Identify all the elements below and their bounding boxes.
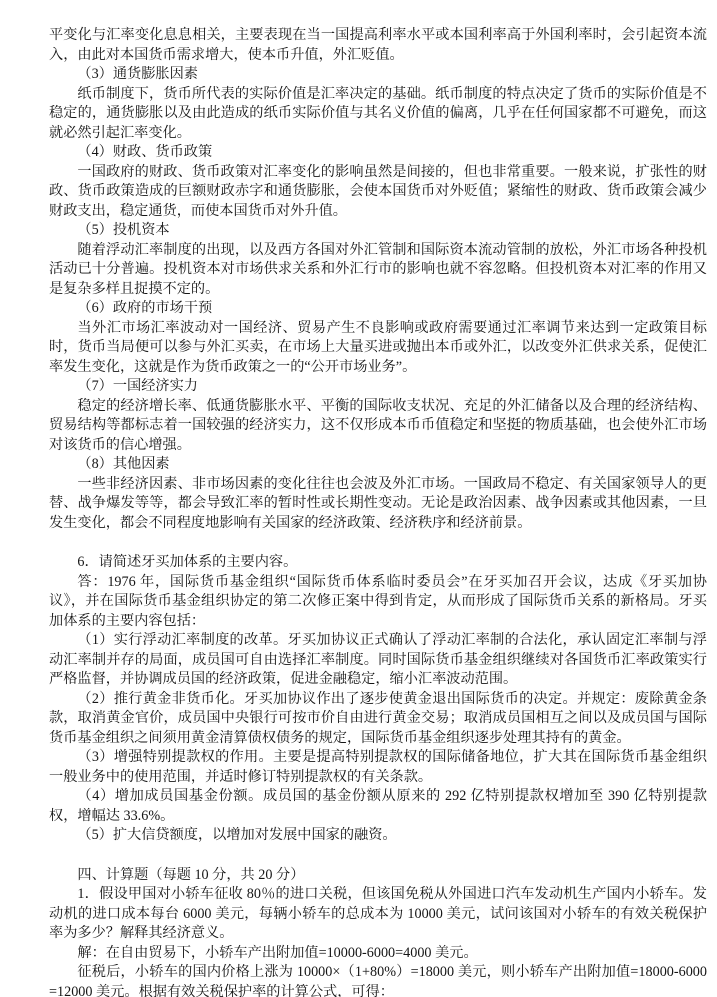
calc-problem-1-solution-line-2: 征税后，小轿车的国内价格上涨为 10000×（1+80%）=18000 美元，则…	[49, 963, 707, 997]
section-gap	[49, 533, 707, 553]
para-factor-3-inflation: 纸币制度下，货币所代表的实际价值是汇率决定的基础。纸币制度的特点决定了货币的实际…	[49, 85, 707, 144]
question-6-jamaica-system: 6．请简述牙买加体系的主要内容。	[49, 553, 707, 573]
heading-factor-7-economic-strength: （7）一国经济实力	[49, 377, 707, 397]
document-page: 平变化与汇率变化息息相关，主要表现在当一国提高利率水平或本国利率高于外国利率时，…	[0, 0, 717, 997]
heading-factor-5-speculative-capital: （5）投机资本	[49, 221, 707, 241]
heading-factor-4-fiscal-monetary-policy: （4）财政、货币政策	[49, 143, 707, 163]
answer-6-point-2: （2）推行黄金非货币化。牙买加协议作出了逐步使黄金退出国际货币的决定。并规定：废…	[49, 690, 707, 749]
para-factor-4-fiscal-monetary-policy: 一国政府的财政、货币政策对汇率变化的影响虽然是间接的，但也非常重要。一般来说，扩…	[49, 163, 707, 222]
para-factor-5-speculative-capital: 随着浮动汇率制度的出现，以及西方各国对外汇管制和国际资本流动管制的放松，外汇市场…	[49, 241, 707, 300]
answer-6-point-4: （4）增加成员国基金份额。成员国的基金份额从原来的 292 亿特别提款权增加至 …	[49, 787, 707, 826]
answer-6-point-5: （5）扩大信贷额度，以增加对发展中国家的融资。	[49, 826, 707, 846]
section-heading-calculation-problems: 四、计算题（每题 10 分，共 20 分）	[49, 866, 707, 886]
calc-problem-1-solution-line-1: 解：在自由贸易下，小轿车产出附加值=10000-6000=4000 美元。	[49, 944, 707, 964]
para-interest-rate-factor-continued: 平变化与汇率变化息息相关，主要表现在当一国提高利率水平或本国利率高于外国利率时，…	[49, 26, 707, 65]
heading-factor-8-other-factors: （8）其他因素	[49, 455, 707, 475]
para-factor-8-other-factors: 一些非经济因素、非市场因素的变化往往也会波及外汇市场。一国政局不稳定、有关国家领…	[49, 475, 707, 534]
heading-factor-3-inflation: （3）通货膨胀因素	[49, 65, 707, 85]
calc-problem-1-statement: 1．假设甲国对小轿车征收 80％的进口关税，但该国免税从外国进口汽车发动机生产国…	[49, 885, 707, 944]
heading-factor-6-government-intervention: （6）政府的市场干预	[49, 299, 707, 319]
para-factor-6-government-intervention: 当外汇市场汇率波动对一国经济、贸易产生不良影响或政府需要通过汇率调节来达到一定政…	[49, 319, 707, 378]
answer-6-intro: 答：1976 年，国际货币基金组织“国际货币体系临时委员会”在牙买加召开会议，达…	[49, 573, 707, 632]
answer-6-point-3: （3）增强特别提款权的作用。主要是提高特别提款权的国际储备地位，扩大其在国际货币…	[49, 748, 707, 787]
section-gap	[49, 846, 707, 866]
answer-6-point-1: （1）实行浮动汇率制度的改革。牙买加协议正式确认了浮动汇率制的合法化，承认固定汇…	[49, 631, 707, 690]
para-factor-7-economic-strength: 稳定的经济增长率、低通货膨胀水平、平衡的国际收支状况、充足的外汇储备以及合理的经…	[49, 397, 707, 456]
